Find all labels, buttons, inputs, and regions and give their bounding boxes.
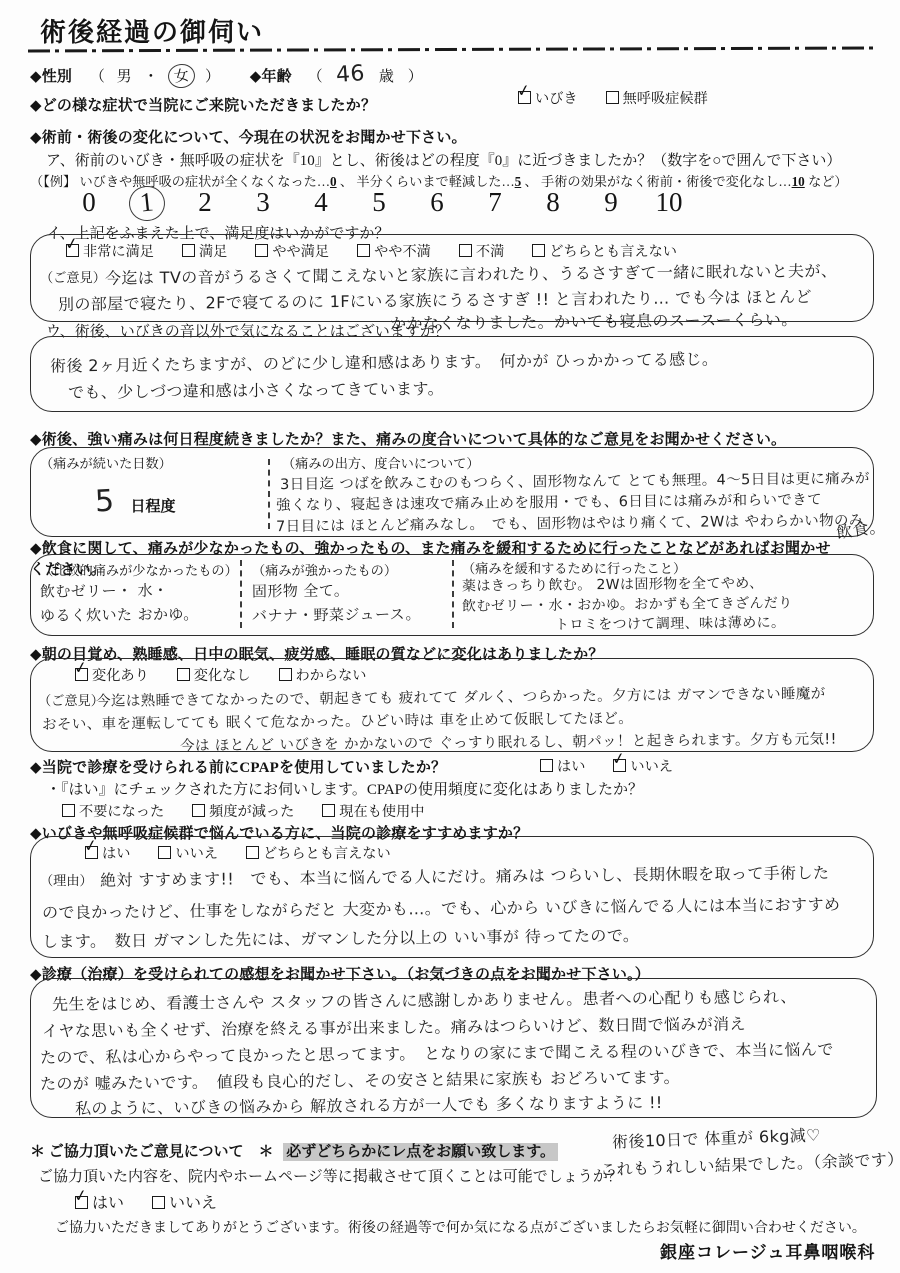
consent-note: ＊ ご協力頂いたご意見について ＊ 必ずどちらかにレ点をお願い致します。 (30, 1140, 558, 1161)
option-label: やや不満 (374, 244, 431, 260)
cpap-followup-question: ・『はい』にチェックされた方にお伺いします。CPAPの使用頻度に変化はありました… (46, 778, 643, 799)
example-value-10: 10 (792, 174, 805, 189)
thanks-text: ご協力いただきましてありがとうございます。術後の経過等で何か気になる点がございま… (55, 1217, 866, 1237)
symptom-options: いびき 無呼吸症候群 (518, 88, 732, 108)
option-label: はい (92, 1195, 124, 1212)
option-label: はい (557, 759, 585, 775)
cpap-yes-checkbox[interactable] (540, 759, 553, 772)
unknown-checkbox[interactable] (279, 668, 292, 681)
option-label: いいえ (169, 1195, 217, 1212)
sleep-options: 変化あり 変化なし わからない (75, 665, 390, 685)
cpap-usage-options: はい いいえ (540, 756, 697, 776)
dissatisfied-checkbox[interactable] (459, 244, 472, 257)
symptom-question: ◆どの様な症状で当院にご来院いただきましたか？ (30, 94, 376, 115)
survey-form-page: 術後経過の御伺い ◆性別 （ 男 ・ 女 ） ◆年齢 （ 46 歳 ） ◆どの様… (0, 0, 900, 1273)
low-pain-line: 飲むゼリー・ 水・ (40, 579, 169, 601)
age-unit: 歳 (379, 69, 394, 85)
somewhat-dissatisfied-checkbox[interactable] (357, 244, 370, 257)
consent-highlight: 必ずどちらかにレ点をお願い致します。 (283, 1143, 558, 1161)
clinic-name: 銀座コレージュ耳鼻咽喉科 (660, 1238, 875, 1263)
snoring-label: いびき (535, 91, 578, 107)
opinion-label: （ご意見） (40, 267, 106, 286)
female-label-circled[interactable]: 女 (167, 62, 197, 90)
paren: （ (308, 69, 323, 85)
recommend-no-checkbox[interactable] (158, 846, 171, 859)
question-a: ア、術前のいびき・無呼吸の症状を『10』とし、術後はどの程度『0』に近づきました… (46, 149, 841, 170)
sleep-comment-label: （ご意見） (38, 690, 104, 709)
option-label: わからない (296, 668, 367, 684)
neutral-checkbox[interactable] (532, 244, 545, 257)
option-label: 不満 (476, 244, 504, 260)
rating-scale: 012345678910 (60, 186, 698, 221)
pain-days-field: 5 日程度 (95, 484, 176, 519)
change-heading: ◆術前・術後の変化について、今現在の状況をお聞かせ下さい。 (30, 126, 467, 147)
selected-rating-circle: 1 (128, 184, 167, 223)
scale-number[interactable]: 2 (176, 187, 234, 218)
scale-number-selected[interactable]: 1 (118, 186, 176, 221)
still-using-checkbox[interactable] (322, 804, 335, 817)
recommend-options: はい いいえ どちらとも言えない (85, 843, 415, 863)
option-label: 現在も使用中 (339, 804, 424, 820)
satisfaction-options: 非常に満足 満足 やや満足 やや不満 不満 どちらとも言えない (66, 241, 701, 261)
scale-number[interactable]: 7 (466, 187, 524, 218)
changed-checkbox[interactable] (75, 668, 88, 681)
gender-label: ◆性別 (30, 69, 72, 85)
option-label: やや満足 (272, 244, 329, 260)
scale-number[interactable]: 0 (60, 187, 118, 218)
aftereffect-line: でも、少しづつ違和感は小さくなってきています。 (68, 376, 444, 403)
somewhat-satisfied-checkbox[interactable] (255, 244, 268, 257)
option-label: 非常に満足 (83, 244, 154, 260)
scale-number[interactable]: 5 (350, 187, 408, 218)
eating-divider-1 (240, 560, 242, 628)
strong-pain-line: 固形物 全て。 (252, 579, 349, 601)
satisfied-checkbox[interactable] (182, 244, 195, 257)
example-text: など） (805, 174, 848, 189)
relief-line: トロミをつけて調理、味は薄めに。 (555, 612, 786, 634)
age-label: ◆年齢 (250, 69, 292, 85)
consent-note-prefix: ＊ ご協力頂いたご意見について ＊ (30, 1144, 273, 1160)
paren: ） (408, 69, 423, 85)
scale-number[interactable]: 10 (640, 187, 698, 218)
cpap-frequency-options: 不要になった 頻度が減った 現在も使用中 (62, 801, 448, 821)
pain-days-value[interactable]: 5 (94, 484, 115, 520)
low-pain-line: ゆるく炊いた おかゆ。 (40, 603, 199, 626)
eating-divider-2 (452, 560, 454, 628)
no-longer-needed-checkbox[interactable] (62, 804, 75, 817)
gender-age-row: ◆性別 （ 男 ・ 女 ） ◆年齢 （ 46 歳 ） (30, 62, 423, 88)
option-label: どちらとも言えない (549, 244, 677, 260)
opinion-line: かかなくなりました。かいても寝息のスースーくらい。 (390, 307, 798, 334)
scale-number[interactable]: 9 (582, 187, 640, 218)
snoring-checkbox[interactable] (518, 91, 531, 104)
low-pain-column-label: （比較的痛みが少なかったもの） (40, 560, 238, 579)
option-label: 頻度が減った (209, 804, 294, 820)
no-change-checkbox[interactable] (177, 668, 190, 681)
option-label: どちらとも言えない (263, 846, 391, 862)
option-label: 満足 (199, 244, 227, 260)
pain-box-divider (268, 459, 270, 529)
recommend-neutral-checkbox[interactable] (246, 846, 259, 859)
option-label: 変化あり (92, 668, 149, 684)
scale-number[interactable]: 4 (292, 187, 350, 218)
option-label: いいえ (175, 846, 218, 862)
age-value[interactable]: 46 (336, 61, 366, 88)
option-label: 不要になった (79, 804, 164, 820)
pain-days-unit: 日程度 (131, 499, 176, 515)
scale-number[interactable]: 6 (408, 187, 466, 218)
paren: （ (90, 69, 105, 85)
pain-detail-label: （痛みの出方、度合いについて） (282, 453, 480, 472)
strong-pain-column-label: （痛みが強かったもの） (252, 560, 397, 579)
pain-days-label: （痛みが続いた日数） (40, 453, 172, 472)
scale-number[interactable]: 3 (234, 187, 292, 218)
page-title: 術後経過の御伺い (40, 12, 264, 49)
cpap-no-checkbox[interactable] (613, 759, 626, 772)
scale-number[interactable]: 8 (524, 187, 582, 218)
apnea-checkbox[interactable] (606, 91, 619, 104)
pain-heading: ◆術後、強い痛みは何日程度続きましたか？また、痛みの度合いについて具体的なご意見… (30, 428, 786, 449)
option-label: 変化なし (194, 668, 251, 684)
male-label[interactable]: 男 (117, 69, 132, 85)
consent-question: ご協力頂いた内容を、院内やホームページ等に掲載させて頂くことは可能でしょうか？ (38, 1165, 623, 1186)
apnea-label: 無呼吸症候群 (623, 91, 708, 107)
separator-dot: ・ (143, 69, 158, 85)
consent-options: はい いいえ (75, 1190, 241, 1213)
side-note-line: これもうれしい結果でした。（余談です） (600, 1147, 900, 1181)
option-label: はい (102, 846, 130, 862)
side-note-line: 術後10日で 体重が 6kg減♡ (612, 1122, 822, 1152)
very-satisfied-checkbox[interactable] (66, 244, 79, 257)
publish-yes-checkbox[interactable] (75, 1196, 88, 1209)
option-label: いいえ (630, 759, 673, 775)
reason-label: （理由） (40, 870, 93, 889)
strong-pain-line: バナナ・野菜ジュース。 (252, 603, 421, 626)
cpap-question: ◆当院で診療を受けられる前にCPAPを使用していましたか？ (30, 756, 446, 777)
publish-no-checkbox[interactable] (152, 1196, 165, 1209)
recommend-yes-checkbox[interactable] (85, 846, 98, 859)
paren: ） (205, 69, 220, 85)
frequency-reduced-checkbox[interactable] (192, 804, 205, 817)
